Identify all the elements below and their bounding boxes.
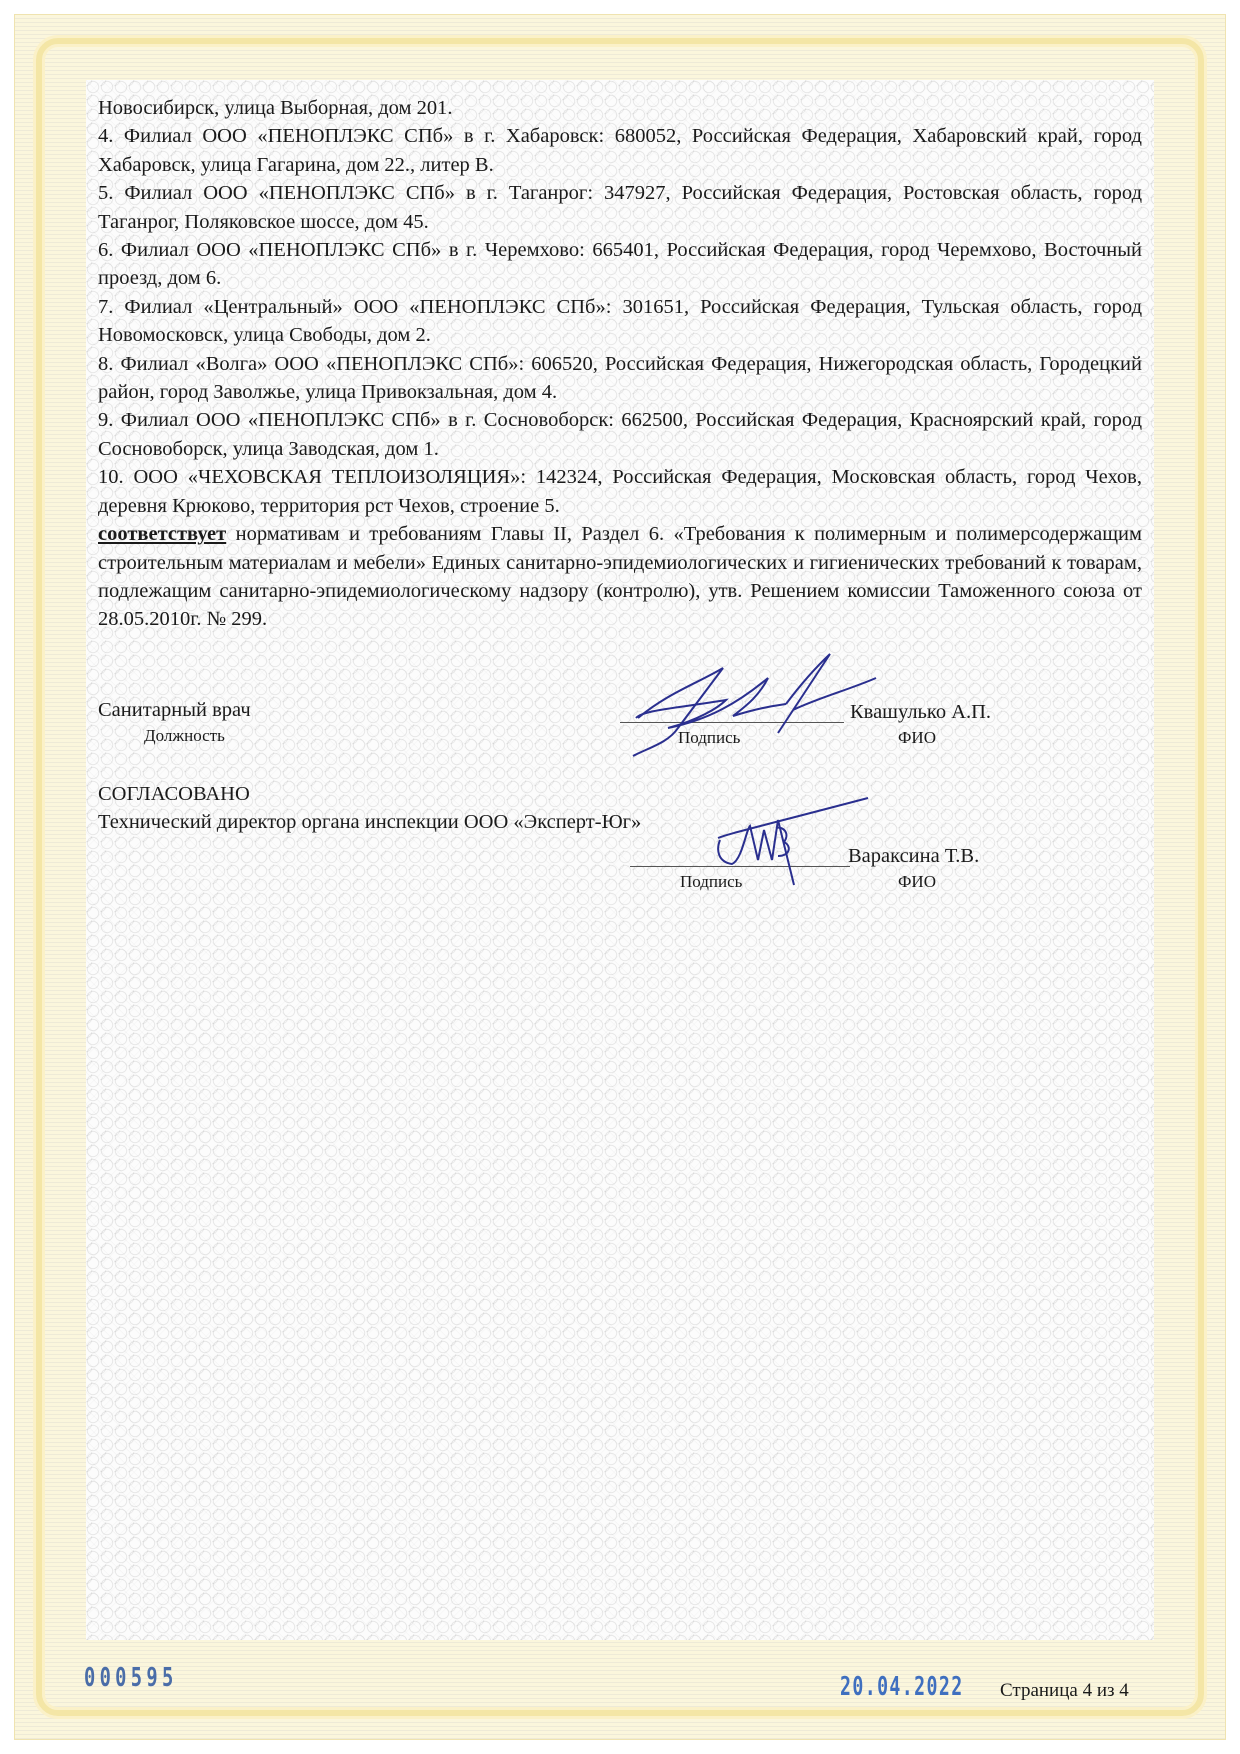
paragraph-branch-4: 4. Филиал ООО «ПЕНОПЛЭКС СПб» в г. Хабар…	[98, 122, 1142, 179]
approver-role: Технический директор органа инспекции ОО…	[98, 808, 641, 836]
approver-name-caption: ФИО	[898, 868, 936, 896]
doctor-signature-line	[620, 722, 844, 723]
doctor-name: Квашулько А.П.	[850, 698, 991, 726]
paragraph-branch-8: 8. Филиал «Волга» ООО «ПЕНОПЛЭКС СПб»: 6…	[98, 350, 1142, 407]
paragraph-branch-7: 7. Филиал «Центральный» ООО «ПЕНОПЛЭКС С…	[98, 293, 1142, 350]
paragraph-address-3-tail: Новосибирск, улица Выборная, дом 201.	[98, 94, 1142, 122]
doctor-signature-caption: Подпись	[678, 724, 740, 752]
approver-signature-line	[630, 866, 850, 867]
paragraph-branch-10: 10. ООО «ЧЕХОВСКАЯ ТЕПЛОИЗОЛЯЦИЯ»: 14232…	[98, 463, 1142, 520]
doctor-name-caption: ФИО	[898, 724, 936, 752]
paragraph-branch-9: 9. Филиал ООО «ПЕНОПЛЭКС СПб» в г. Сосно…	[98, 406, 1142, 463]
doctor-role-caption: Должность	[144, 722, 225, 750]
approved-title: СОГЛАСОВАНО	[98, 780, 250, 808]
paragraph-branch-6: 6. Филиал ООО «ПЕНОПЛЭКС СПб» в г. Черем…	[98, 236, 1142, 293]
page-number: Страница 4 из 4	[1000, 1680, 1129, 1702]
conclusion-keyword: соответствует	[98, 523, 226, 545]
stamp-date: 20.04.2022	[840, 1672, 964, 1702]
document-body: Новосибирск, улица Выборная, дом 201. 4.…	[98, 94, 1142, 634]
approver-signature-caption: Подпись	[680, 868, 742, 896]
approval-block: СОГЛАСОВАНО Технический директор органа …	[98, 780, 1142, 900]
conclusion-paragraph: соответствует нормативам и требованиям Г…	[98, 520, 1142, 634]
conclusion-text: нормативам и требованиям Главы II, Разде…	[98, 523, 1142, 630]
serial-number: 000595	[84, 1663, 178, 1693]
doctor-role: Санитарный врач	[98, 696, 251, 724]
approver-name: Вараксина Т.В.	[848, 842, 979, 870]
doctor-signature-block: Санитарный врач Должность Подпись Квашул…	[98, 696, 1142, 776]
paragraph-branch-5: 5. Филиал ООО «ПЕНОПЛЭКС СПб» в г. Таган…	[98, 179, 1142, 236]
